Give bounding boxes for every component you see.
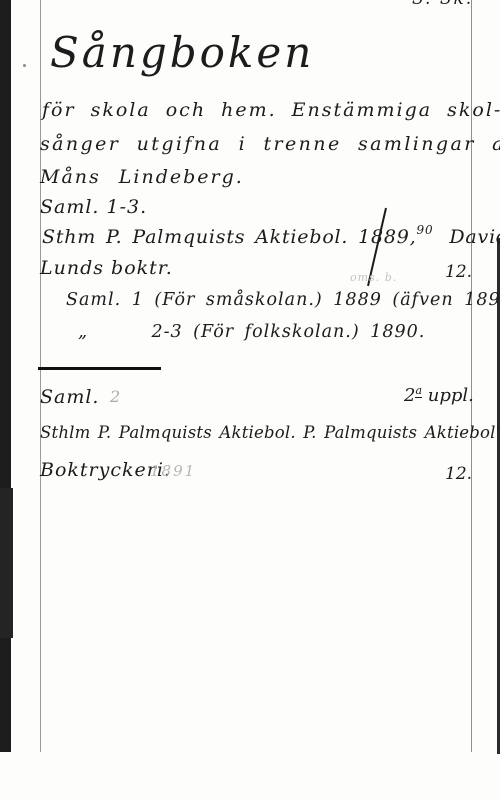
entry2-edition-rest: uppl. (422, 385, 474, 406)
entry1-imprint-line1: Sthm P. Palmquists Aktiebol. 1889,90Davi… (42, 227, 500, 248)
book-title: Sångboken (50, 30, 314, 76)
description-line: sånger utgifna i trenne samlingar af (40, 134, 500, 155)
section-divider-rule (38, 367, 161, 370)
author-line: Måns Lindeberg. (40, 167, 244, 188)
corner-shelfmark: S. Sk. (412, 0, 473, 9)
pencil-annotation: oms. b. (350, 272, 397, 284)
entry2-format: 12. (445, 465, 472, 484)
entry1-imprint-end: David (449, 226, 500, 248)
entry1-imprint-start: Sthm P. Palmquists Aktiebol. 1889, (42, 226, 417, 248)
ink-dot (23, 64, 26, 67)
entry2-edition: 2a uppl. (404, 386, 474, 406)
entry2-imprint-line1: Sthlm P. Palmquists Aktiebol. P. Palmqui… (40, 424, 500, 442)
binding-strip-shadow (0, 488, 13, 638)
description-line: för skola och hem. Enstämmiga skol- (42, 100, 500, 121)
entry2-edition-base: 2 (404, 385, 415, 406)
entry2-year-pencil: 1891 (150, 463, 196, 480)
entry1-part-line: Saml. 1 (För småskolan.) 1889 (äfven 189… (66, 291, 500, 310)
catalog-card-scan: S. Sk. Sångboken för skola och hem. Enst… (0, 0, 500, 800)
entry2-collection-label: Saml. (40, 387, 99, 408)
entry2-collection-number-pencil: 2 (110, 388, 120, 406)
entry1-imprint-year-superscript: 90 (417, 223, 434, 237)
entry1-format: 12. (445, 263, 472, 282)
binding-strip (0, 0, 11, 752)
entry1-imprint-line2: Lunds boktr. (40, 258, 173, 279)
entry2-edition-superscript: a (415, 384, 422, 398)
left-margin-rule (40, 0, 41, 752)
entry1-part-line: „ 2-3 (För folkskolan.) 1890. (78, 323, 425, 342)
entry1-collection: Saml. 1-3. (40, 197, 147, 218)
